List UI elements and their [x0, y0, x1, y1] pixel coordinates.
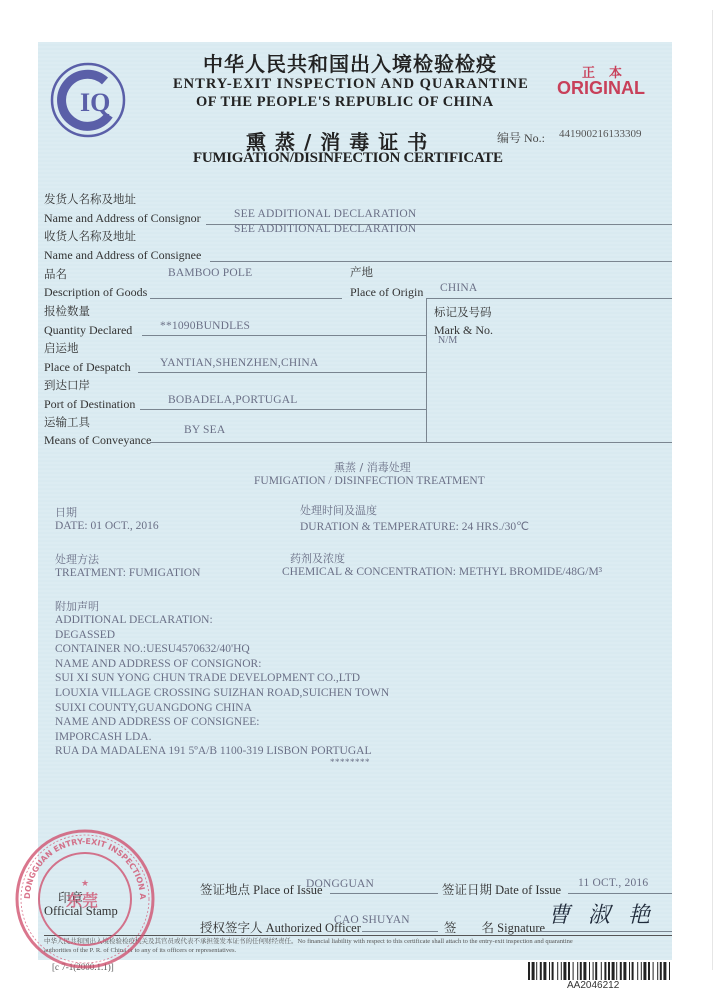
fumigation-certificate: IQ 中华人民共和国出入境检验检疫 ENTRY-EXIT INSPECTION …: [38, 42, 672, 960]
goods-underline: [150, 298, 342, 299]
despatch-value: YANTIAN,SHENZHEN,CHINA: [160, 357, 318, 369]
agency-name-en-line1: ENTRY-EXIT INSPECTION AND QUARANTINE: [173, 76, 529, 93]
marks-value: N/M: [438, 335, 458, 346]
origin-value: CHINA: [440, 282, 477, 294]
despatch-label-cn: 启运地: [44, 340, 79, 356]
svg-text:IQ: IQ: [80, 88, 110, 117]
declaration-line: SUI XI SUN YONG CHUN TRADE DEVELOPMENT C…: [55, 671, 389, 686]
date-label-cn: 日期: [55, 504, 77, 520]
consignee-value: SEE ADDITIONAL DECLARATION: [234, 223, 416, 235]
agency-name-en-line2: OF THE PEOPLE'S REPUBLIC OF CHINA: [196, 94, 494, 111]
conveyance-label-en: Means of Conveyance: [44, 433, 151, 448]
declaration-line: DEGASSED: [55, 628, 389, 643]
declaration-line: ADDITIONAL DECLARATION:: [55, 613, 389, 628]
additional-declaration: ADDITIONAL DECLARATION: DEGASSED CONTAIN…: [55, 613, 389, 759]
officer-underline: [362, 931, 438, 932]
chemical-label-cn: 药剂及浓度: [290, 550, 345, 566]
ciq-logo-icon: IQ: [47, 59, 129, 141]
quantity-value: **1090BUNDLES: [160, 320, 250, 332]
declaration-line: SUIXI COUNTY,GUANGDONG CHINA: [55, 701, 389, 716]
chemical-concentration: CHEMICAL & CONCENTRATION: METHYL BROMIDE…: [282, 566, 602, 578]
consignee-underline: [210, 261, 672, 262]
marks-box-divider: [426, 298, 427, 442]
signature-underline: [538, 931, 672, 932]
despatch-underline: [138, 372, 426, 373]
svg-text:DONGGUAN ENTRY-EXIT INSPECTION: DONGGUAN ENTRY-EXIT INSPECTION AND QUARA…: [10, 824, 147, 901]
date-of-issue-value: 11 OCT., 2016: [578, 877, 648, 889]
goods-value: BAMBOO POLE: [168, 267, 252, 279]
handwritten-signature: 曹淑艳: [548, 898, 668, 929]
declaration-line: NAME AND ADDRESS OF CONSIGNOR:: [55, 657, 389, 672]
conveyance-label-cn: 运输工具: [44, 414, 90, 430]
consignee-label-cn: 收货人名称及地址: [44, 228, 136, 244]
date-of-issue-label: 签证日期 Date of Issue: [442, 880, 561, 898]
place-of-issue-label-cn: 签证地点: [200, 882, 250, 897]
treatment-date: DATE: 01 OCT., 2016: [55, 520, 159, 532]
despatch-label-en: Place of Despatch: [44, 360, 131, 375]
place-of-issue-underline: [330, 893, 438, 894]
barcode-icon: [528, 962, 672, 980]
destination-label-cn: 到达口岸: [44, 377, 90, 393]
treatment-method: TREATMENT: FUMIGATION: [55, 567, 200, 579]
signature-label: 签 名 Signature: [444, 918, 545, 936]
origin-label-en: Place of Origin: [350, 285, 423, 300]
place-of-issue-value: DONGGUAN: [306, 878, 374, 890]
authorized-officer-label-cn: 授权签字人: [200, 920, 263, 935]
signature-label-en: Signature: [497, 921, 545, 935]
official-stamp-icon: DONGGUAN ENTRY-EXIT INSPECTION AND QUARA…: [10, 824, 160, 974]
treatment-heading-en: FUMIGATION / DISINFECTION TREATMENT: [254, 475, 485, 487]
svg-text:东莞: 东莞: [66, 891, 98, 910]
barcode-number: AA2046212: [567, 980, 619, 991]
consignor-value: SEE ADDITIONAL DECLARATION: [234, 208, 416, 220]
authorized-officer-value: CAO SHUYAN: [334, 914, 410, 926]
quantity-label-en: Quantity Declared: [44, 323, 132, 338]
certificate-title-en: FUMIGATION/DISINFECTION CERTIFICATE: [193, 150, 503, 167]
origin-label-cn: 产地: [350, 264, 373, 280]
consignee-label-en: Name and Address of Consignee: [44, 248, 201, 263]
method-label-cn: 处理方法: [55, 551, 99, 567]
declaration-line: IMPORCASH LDA.: [55, 730, 389, 745]
quantity-underline: [142, 335, 426, 336]
origin-underline: [426, 298, 672, 299]
quantity-label-cn: 报检数量: [44, 303, 90, 319]
destination-value: BOBADELA,PORTUGAL: [168, 394, 298, 406]
goods-label-cn: 品名: [44, 266, 67, 282]
duration-label-cn: 处理时间及温度: [300, 502, 377, 518]
marks-label-cn: 标记及号码: [434, 304, 492, 320]
declaration-line: NAME AND ADDRESS OF CONSIGNEE:: [55, 715, 389, 730]
consignor-label-cn: 发货人名称及地址: [44, 191, 136, 207]
certificate-number: 441900216133309: [559, 128, 642, 140]
conveyance-underline: [150, 442, 672, 443]
treatment-heading-cn: 熏蒸 / 消毒处理: [334, 459, 411, 475]
svg-text:★: ★: [81, 879, 89, 889]
destination-label-en: Port of Destination: [44, 397, 135, 412]
signature-label-cn: 签 名: [444, 920, 494, 935]
date-of-issue-label-en: Date of Issue: [495, 883, 561, 897]
declaration-label-cn: 附加声明: [55, 598, 99, 614]
place-of-issue-label: 签证地点 Place of Issue: [200, 880, 323, 898]
page-edge: [712, 10, 713, 970]
goods-label-en: Description of Goods: [44, 285, 147, 300]
agency-name-cn: 中华人民共和国出入境检验检疫: [203, 48, 497, 77]
original-mark-en: ORIGINAL: [557, 78, 645, 99]
duration-temperature: DURATION & TEMPERATURE: 24 HRS./30℃: [300, 519, 529, 533]
destination-underline: [140, 409, 426, 410]
certificate-number-label: 编号 No.:: [497, 129, 545, 146]
declaration-end-mark: ********: [330, 757, 370, 767]
consignor-label-en: Name and Address of Consignor: [44, 211, 201, 226]
date-of-issue-underline: [568, 893, 672, 894]
declaration-line: LOUXIA VILLAGE CROSSING SUIZHAN ROAD,SUI…: [55, 686, 389, 701]
date-of-issue-label-cn: 签证日期: [442, 882, 492, 897]
declaration-line: CONTAINER NO.:UESU4570632/40'HQ: [55, 642, 389, 657]
conveyance-value: BY SEA: [184, 424, 225, 436]
